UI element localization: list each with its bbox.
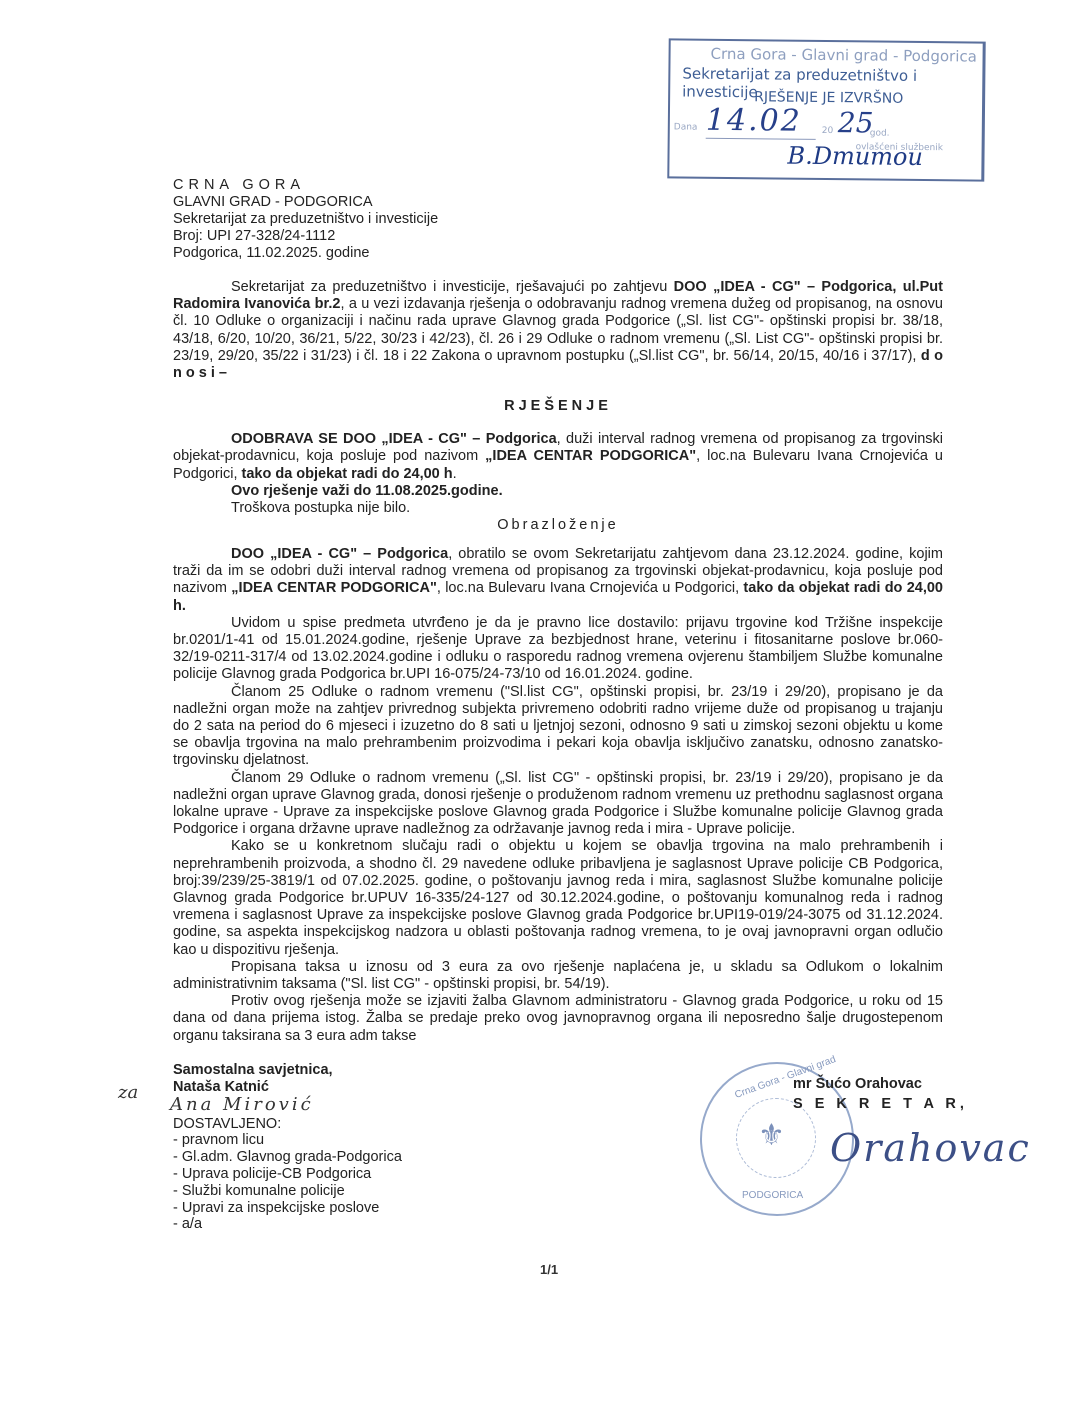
reasoning-bold-2: „IDEA CENTAR PODGORICA"	[231, 580, 437, 596]
left-signatory-block: Samostalna savjetnica, Nataša Katnić DOS…	[173, 1062, 402, 1233]
decision-title: RJEŠENJE	[173, 398, 943, 415]
stamp-year-prefix: 20	[822, 126, 834, 136]
stamp-line-1: Crna Gora - Glavni grad - Podgorica	[710, 45, 976, 66]
stamp-signature: B.Dmumou	[787, 142, 923, 171]
decision-bold-2: „IDEA CENTAR PODGORICA"	[485, 448, 696, 464]
reasoning-paragraph-5: Kako se u konkretnom slučaju radi o obje…	[173, 838, 943, 958]
document-header: CRNA GORA GLAVNI GRAD - PODGORICA Sekret…	[173, 177, 438, 262]
enforceability-stamp: Crna Gora - Glavni grad - Podgorica Sekr…	[667, 38, 985, 181]
right-signatory-block: mr Šućo Orahovac S E K R E T A R,	[793, 1074, 968, 1114]
recipient-item: - pravnom licu	[173, 1132, 402, 1149]
country: CRNA GORA	[173, 177, 438, 194]
recipient-item: - Uprava policije-CB Podgorica	[173, 1166, 402, 1183]
decision-bold-3: tako da objekat radi do 24,00 h	[242, 466, 453, 482]
coat-of-arms-icon: ⚜	[758, 1118, 785, 1153]
page-number: 1/1	[540, 1262, 558, 1277]
recipient-item: - Gl.adm. Glavnog grada-Podgorica	[173, 1149, 402, 1166]
reasoning-paragraph-4: Članom 29 Odluke o radnom vremenu („Sl. …	[173, 770, 943, 839]
recipient-item: - Službi komunalne policije	[173, 1183, 402, 1200]
right-handwritten-signature: Orahovac	[830, 1126, 1031, 1170]
intro-text-1: Sekretarijat za preduzetništvo i investi…	[231, 279, 674, 295]
stamp-year-suffix: god.	[870, 128, 890, 138]
city: GLAVNI GRAD - PODGORICA	[173, 194, 438, 211]
place-date: Podgorica, 11.02.2025. godine	[173, 245, 438, 262]
reasoning-section: DOO „IDEA - CG" – Podgorica, obratilo se…	[173, 546, 943, 1045]
decision-text-3: .	[453, 466, 457, 482]
delivered-label: DOSTAVLJENO:	[173, 1116, 402, 1133]
stamp-date: 14.02	[706, 103, 816, 140]
reference-number: Broj: UPI 27-328/24-1112	[173, 228, 438, 245]
recipient-item: - a/a	[173, 1216, 402, 1233]
za-handwritten: za	[118, 1082, 138, 1103]
reasoning-text-2: , loc.na Bulevaru Ivana Crnojevića u Pod…	[437, 580, 744, 596]
reasoning-paragraph-6: Propisana taksa u iznosu od 3 eura za ov…	[173, 959, 943, 993]
left-handwritten-signature: Ana Mirović	[170, 1094, 314, 1115]
intro-paragraph: Sekretarijat za preduzetništvo i investi…	[173, 279, 943, 382]
reasoning-title: Obrazloženje	[173, 517, 943, 534]
decision-section: RJEŠENJE ODOBRAVA SE DOO „IDEA - CG" – P…	[173, 398, 943, 534]
right-signatory-name: mr Šućo Orahovac	[793, 1074, 968, 1094]
reasoning-bold-1: DOO „IDEA - CG" – Podgorica	[231, 546, 448, 562]
document-page: Crna Gora - Glavni grad - Podgorica Sekr…	[0, 0, 1088, 1408]
reasoning-paragraph-7: Protiv ovog rješenja može se izjaviti ža…	[173, 993, 943, 1045]
decision-bold-1: ODOBRAVA SE DOO „IDEA - CG" – Podgorica	[231, 431, 557, 447]
reasoning-paragraph-3: Članom 25 Odluke o radnom vremenu ("Sl.l…	[173, 684, 943, 770]
left-signatory-title: Samostalna savjetnica,	[173, 1062, 402, 1079]
department: Sekretarijat za preduzetništvo i investi…	[173, 211, 438, 228]
stamp-year: 25	[838, 106, 874, 139]
seal-bottom-text: PODGORICA	[742, 1190, 803, 1201]
decision-costs: Troškova postupka nije bilo.	[173, 500, 943, 517]
stamp-date-label: Dana	[674, 122, 698, 132]
decision-validity: Ovo rješenje važi do 11.08.2025.godine.	[231, 483, 503, 499]
recipient-item: - Upravi za inspekcijske poslove	[173, 1200, 402, 1217]
right-signatory-title: S E K R E T A R,	[793, 1094, 968, 1114]
recipients-list: - pravnom licu- Gl.adm. Glavnog grada-Po…	[173, 1132, 402, 1233]
reasoning-paragraph-2: Uvidom u spise predmeta utvrđeno je da j…	[173, 615, 943, 684]
